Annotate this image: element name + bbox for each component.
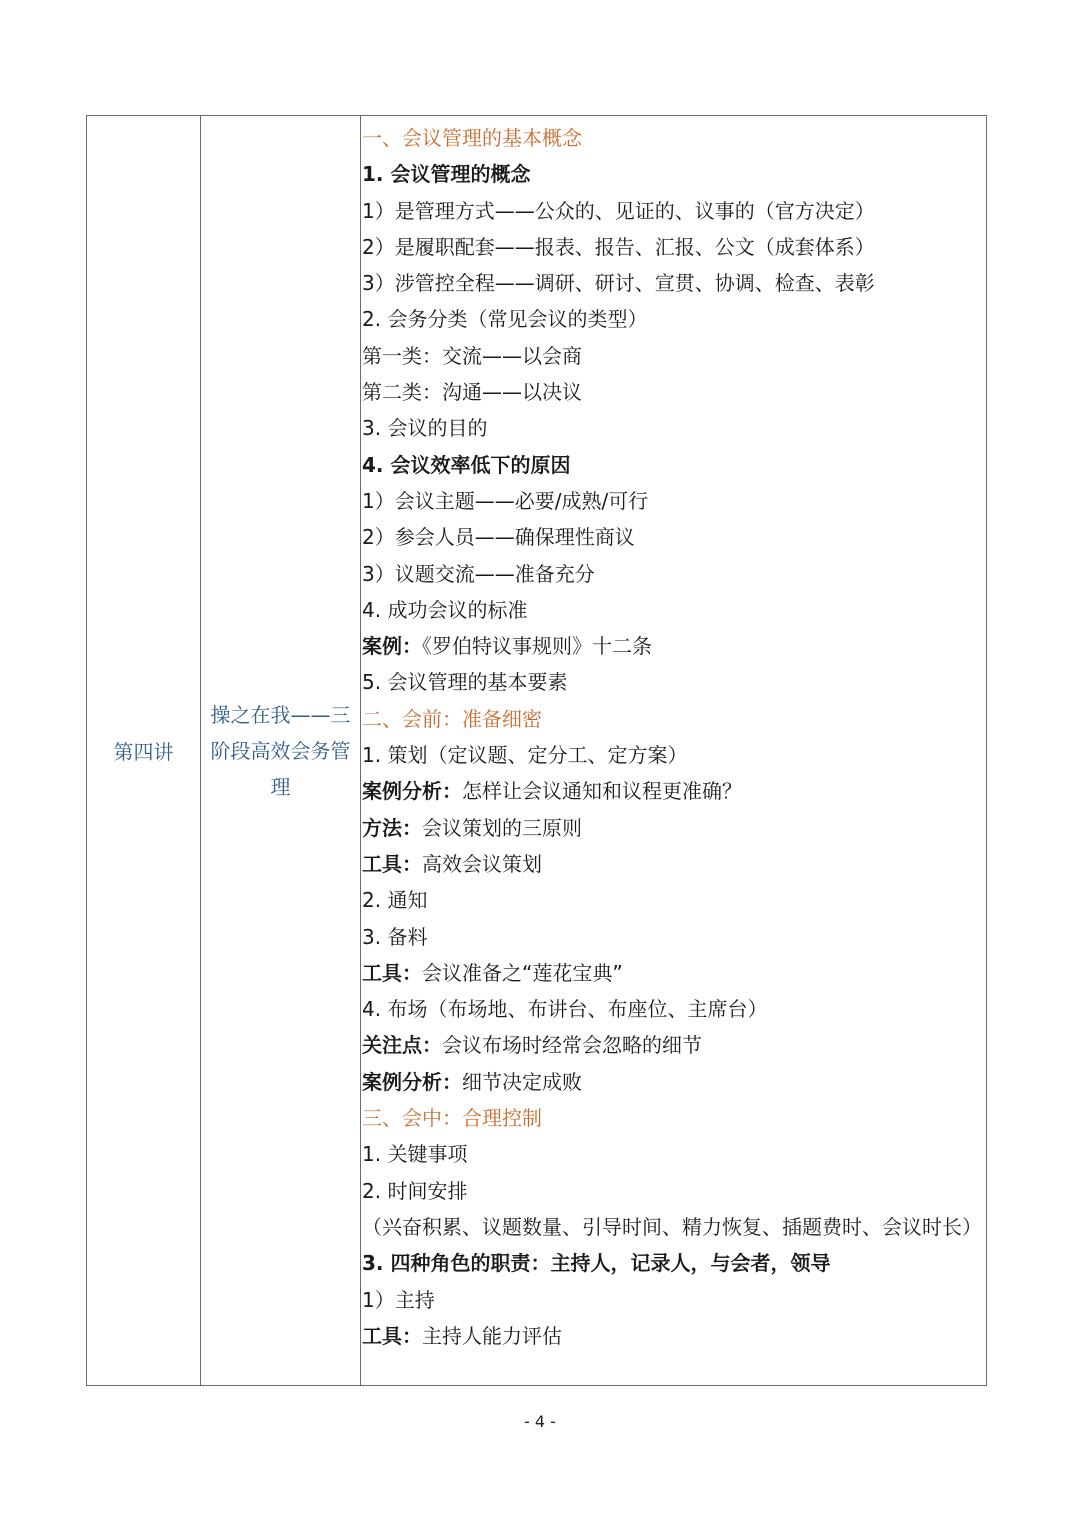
line-text: 主持人能力评估 xyxy=(422,1324,562,1348)
content-line: 3）涉管控全程——调研、研讨、宣贯、协调、检查、表彰 xyxy=(361,265,986,301)
content-line: 2）是履职配套——报表、报告、汇报、公文（成套体系） xyxy=(361,229,986,265)
content-line: 4. 成功会议的标准 xyxy=(361,592,986,628)
content-cell: 一、会议管理的基本概念1. 会议管理的概念1）是管理方式——公众的、见证的、议事… xyxy=(361,116,986,1385)
line-text: 高效会议策划 xyxy=(422,852,542,876)
section-heading: 二、会前：准备细密 xyxy=(361,701,986,737)
section-heading: 三、会中：合理控制 xyxy=(361,1100,986,1136)
content-line: 第二类：沟通——以决议 xyxy=(361,374,986,410)
content-line: 4. 布场（布场地、布讲台、布座位、主席台） xyxy=(361,991,986,1027)
content-line: 3. 四种角色的职责：主持人，记录人，与会者，领导 xyxy=(361,1245,986,1281)
content-line: 4. 会议效率低下的原因 xyxy=(361,447,986,483)
topic-cell: 操之在我——三阶段高效会务管理 xyxy=(201,116,361,1385)
content-line: 1）是管理方式——公众的、见证的、议事的（官方决定） xyxy=(361,193,986,229)
line-text: 细节决定成败 xyxy=(462,1070,582,1094)
content-line: 1. 策划（定议题、定分工、定方案） xyxy=(361,737,986,773)
page-number: - 4 - xyxy=(0,1412,1080,1431)
line-lead-label: 案例分析： xyxy=(362,1070,462,1094)
line-text: 怎样让会议通知和议程更准确？ xyxy=(462,779,742,803)
content-line: 工具：会议准备之“莲花宝典” xyxy=(361,955,986,991)
content-line: 1）会议主题——必要/成熟/可行 xyxy=(361,483,986,519)
content-line: 1）主持 xyxy=(361,1282,986,1318)
line-lead-label: 工具： xyxy=(362,961,422,985)
content-line: 案例分析：细节决定成败 xyxy=(361,1064,986,1100)
content-line: 关注点：会议布场时经常会忽略的细节 xyxy=(361,1027,986,1063)
content-line: 5. 会议管理的基本要素 xyxy=(361,664,986,700)
content-line: 方法：会议策划的三原则 xyxy=(361,810,986,846)
line-text: 会议布场时经常会忽略的细节 xyxy=(442,1033,702,1057)
line-text: 会议准备之“莲花宝典” xyxy=(422,961,623,985)
content-line: 3. 会议的目的 xyxy=(361,410,986,446)
content-line: 第一类：交流——以会商 xyxy=(361,338,986,374)
line-lead-label: 工具： xyxy=(362,1324,422,1348)
content-line: 3）议题交流——准备充分 xyxy=(361,556,986,592)
content-line: 1. 会议管理的概念 xyxy=(361,156,986,192)
content-line: （兴奋积累、议题数量、引导时间、精力恢复、插题费时、会议时长） xyxy=(361,1209,986,1245)
line-lead-label: 工具： xyxy=(362,852,422,876)
line-text: 会议策划的三原则 xyxy=(422,816,582,840)
line-lead-label: 方法： xyxy=(362,816,422,840)
content-line: 3. 备料 xyxy=(361,919,986,955)
content-line: 工具：主持人能力评估 xyxy=(361,1318,986,1354)
lecture-label: 第四讲 xyxy=(114,736,174,765)
section-heading: 一、会议管理的基本概念 xyxy=(361,120,986,156)
content-line: 2）参会人员——确保理性商议 xyxy=(361,519,986,555)
course-outline-table: 第四讲 操之在我——三阶段高效会务管理 一、会议管理的基本概念1. 会议管理的概… xyxy=(86,115,987,1386)
content-line: 2. 通知 xyxy=(361,882,986,918)
line-lead-label: 案例分析： xyxy=(362,779,462,803)
line-lead-label: 案例： xyxy=(362,634,422,658)
content-line: 2. 会务分类（常见会议的类型） xyxy=(361,301,986,337)
line-text: 《罗伯特议事规则》十二条 xyxy=(422,634,652,658)
line-lead-label: 关注点： xyxy=(362,1033,442,1057)
content-line: 工具：高效会议策划 xyxy=(361,846,986,882)
content-line: 案例：《罗伯特议事规则》十二条 xyxy=(361,628,986,664)
content-line: 案例分析：怎样让会议通知和议程更准确？ xyxy=(361,773,986,809)
lecture-cell: 第四讲 xyxy=(87,116,201,1385)
content-line: 1. 关键事项 xyxy=(361,1136,986,1172)
topic-title: 操之在我——三阶段高效会务管理 xyxy=(205,697,356,805)
content-line: 2. 时间安排 xyxy=(361,1173,986,1209)
